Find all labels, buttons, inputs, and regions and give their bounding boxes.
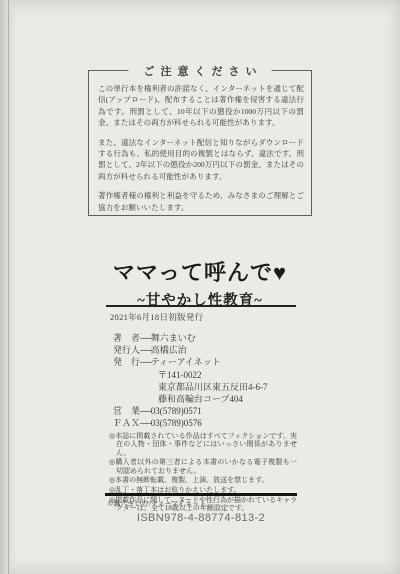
notice-title: ご注意ください <box>129 63 272 79</box>
info-row-fax: ＦＡＸ──03(5789)0576 <box>113 417 303 429</box>
row-value: 高橋広治 <box>151 345 187 355</box>
info-row-author: 著 者──舞六まいむ <box>113 332 303 344</box>
row-label: ＦＡＸ <box>113 417 140 429</box>
scanned-colophon-page: ご注意ください この単行本を権利者の許諾なく、インターネットを通じて配信(アップ… <box>0 0 400 574</box>
publisher-info-rows: 著 者──舞六まいむ 発行人──高橋広治 発 行──ティーアイネット 〒141-… <box>113 332 303 430</box>
info-row-publisher: 発 行──ティーアイネット <box>113 356 303 368</box>
publisher-postal-code: 〒141-0022 <box>113 369 303 381</box>
copyright-line: ©舞六まいむ/ティーアイネット <box>108 498 206 508</box>
isbn-number: ISBN978-4-88774-813-2 <box>105 512 297 524</box>
note-fiction-disclaimer: ◎本誌に掲載されている作品はすべてフィクションです。実在の人物・団体・事件などに… <box>109 432 297 457</box>
row-label: 発行人 <box>113 344 140 356</box>
row-value: 03(5789)0576 <box>151 418 202 428</box>
row-label: 営 業 <box>113 405 140 417</box>
row-separator: ── <box>140 345 151 355</box>
publisher-address: 東京都品川区東五反田4-6-7 <box>113 381 303 393</box>
row-separator: ── <box>140 406 151 416</box>
info-row-sales-phone: 営 業──03(5789)0571 <box>113 405 303 417</box>
notice-paragraph: この単行本を権利者の許諾なく、インターネットを通じて配信(アップロード)、配布す… <box>98 83 304 129</box>
notice-paragraph: また、違法なインターネット配信と知りながらダウンロードする行為も、私的使用目的の… <box>98 137 304 183</box>
note-digital-copy: ◎購入者以外の第三者による本書のいかなる電子複製も一切認められておりません。 <box>109 458 297 475</box>
publisher-address-building: 藤和高輪台コープ404 <box>113 393 303 405</box>
row-label: 著 者 <box>113 332 140 344</box>
row-value: ティーアイネット <box>151 357 221 367</box>
row-separator: ── <box>140 357 151 367</box>
edition-date: 2021年6月18日初版発行 <box>110 311 203 323</box>
bottom-rule <box>105 493 297 496</box>
title-block: ママって呼んで♥ ~甘やかし性教育~ <box>0 256 400 310</box>
row-value: 03(5789)0571 <box>151 406 202 416</box>
notice-body: この単行本を権利者の許諾なく、インターネットを通じて配信(アップロード)、配布す… <box>98 83 304 221</box>
book-title: ママって呼んで♥ <box>0 256 400 287</box>
row-separator: ── <box>140 418 151 428</box>
note-no-reproduction: ◎本書の無断転載、複製、上演、放送を禁じます。 <box>109 476 297 484</box>
copyright-notice-box: ご注意ください この単行本を権利者の許諾なく、インターネットを通じて配信(アップ… <box>88 70 312 216</box>
notice-paragraph: 著作権者様の権利と利益を守るため、みなさまのご理解とご協力をお願いいたします。 <box>98 190 304 213</box>
title-divider-rule <box>106 305 296 307</box>
row-label: 発 行 <box>113 356 140 368</box>
info-row-issuer: 発行人──高橋広治 <box>113 344 303 356</box>
row-value: 舞六まいむ <box>151 333 196 343</box>
row-separator: ── <box>140 333 151 343</box>
